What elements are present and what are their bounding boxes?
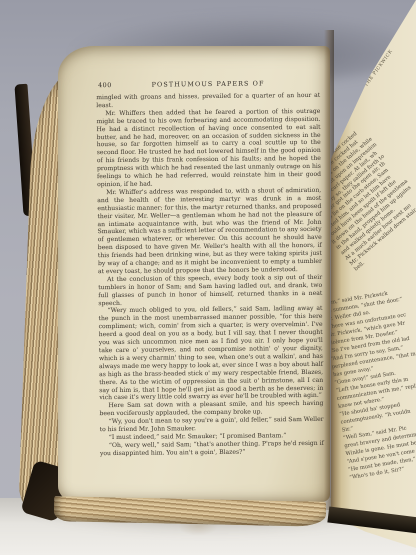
left-page: 400 POSTHUMOUS PAPERS OF mingled with gr… (58, 46, 330, 502)
page-number: 400 (98, 81, 112, 89)
paragraph: Mr. Whiffer's address was responded to, … (97, 187, 322, 276)
paragraph: At the conclusion of this speech, every … (98, 274, 322, 308)
right-page-lower-text: “Sam,” said Mr. Pickwickthe summons, “sh… (321, 282, 416, 482)
left-page-text: 400 POSTHUMOUS PAPERS OF mingled with gr… (96, 79, 324, 458)
paragraph: “Wery much obliged to you, old fellers,”… (98, 305, 323, 402)
body-text: mingled with groans and hisses, prevaile… (96, 92, 324, 458)
paragraph: Mr. Whiffers then added that he feared a… (96, 108, 321, 189)
running-header: 400 POSTHUMOUS PAPERS OF (96, 79, 320, 94)
running-header-title: POSTHUMOUS PAPERS OF (96, 79, 320, 89)
paragraph: “Oh, wery well,” said Sam; “that's anoth… (100, 440, 324, 458)
